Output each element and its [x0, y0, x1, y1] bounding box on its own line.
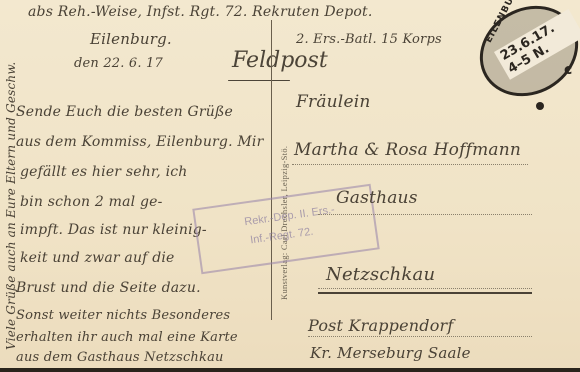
sender-city: Eilenburg. — [90, 30, 172, 48]
feldpost-label: Feldpost — [232, 48, 328, 73]
message-line: aus dem Kommiss, Eilenburg. Mir — [16, 134, 264, 150]
message-line: Sende Euch die besten Grüße — [16, 104, 233, 120]
message-line: Brust und die Seite dazu. — [16, 280, 201, 296]
address-line — [292, 164, 528, 165]
recipient-name: Martha & Rosa Hoffmann — [294, 140, 521, 160]
sender-date: den 22. 6. 17 — [74, 56, 163, 71]
address-line — [318, 288, 532, 289]
message-line: bin schon 2 mal ge- — [20, 194, 163, 210]
message-line: erhalten ihr auch mal eine Karte — [16, 330, 238, 345]
message-line: aus dem Gasthaus Netzschkau — [16, 350, 224, 365]
sender-line-1: abs Reh.-Weise, Infst. Rgt. 72. Rekruten… — [28, 4, 373, 20]
address-line — [308, 336, 532, 337]
recipient-salutation: Fräulein — [296, 92, 371, 112]
recipient-city: Netzschkau — [326, 264, 435, 285]
address-line — [318, 214, 532, 215]
postcard: Viele Grüße auch an Eure Eltern und Gesc… — [0, 0, 580, 372]
postmark-suffix: c — [564, 62, 572, 78]
message-line: gefällt es hier sehr, ich — [20, 164, 188, 180]
message-line: Sonst weiter nichts Besonderes — [16, 308, 230, 323]
message-line: keit und zwar auf die — [20, 250, 175, 266]
postmark-dot — [536, 102, 544, 110]
city-underline — [318, 292, 532, 294]
message-line: impft. Das ist nur kleinig- — [20, 222, 207, 238]
recipient-line-5: Kr. Merseburg Saale — [310, 344, 471, 362]
recipient-line-2: Gasthaus — [336, 188, 418, 208]
sender-line-2: 2. Ers.-Batl. 15 Korps — [296, 32, 442, 47]
feldpost-underline — [228, 80, 290, 81]
recipient-line-4: Post Krappendorf — [308, 316, 454, 335]
center-divider — [271, 20, 272, 320]
